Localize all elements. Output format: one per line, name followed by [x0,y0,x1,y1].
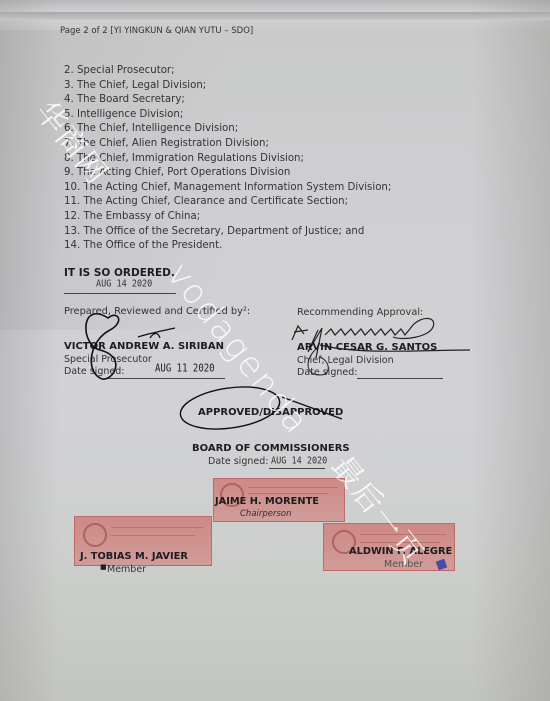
recommending-name: ARVIN CESAR G. SANTOS [297,342,437,353]
page-top-edge [0,12,550,20]
order-date-stamp: AUG 14 2020 [96,278,152,290]
board-title: BOARD OF COMMISSIONERS [192,443,350,454]
prepared-by-name: VICTOR ANDREW A. SIRIBAN [64,341,224,352]
list-item: 11. The Acting Chief, Clearance and Cert… [64,195,391,210]
seal-icon [83,523,107,547]
list-item: 10. The Acting Chief, Management Informa… [64,181,391,196]
board-date-value: AUG 14 2020 [271,455,327,467]
list-item: 13. The Office of the Secretary, Departm… [64,225,391,240]
stamp-pattern [111,535,195,536]
list-item: 12. The Embassy of China; [64,210,391,225]
board-date-line [269,468,325,469]
list-item: 14. The Office of the President. [64,239,391,254]
list-item: 4. The Board Secretary; [64,93,391,108]
ink-mark-icon: ■ [100,563,107,571]
recommending-date-line [357,378,443,379]
list-item: 5. Intelligence Division; [64,108,391,123]
order-statement: IT IS SO ORDERED. [64,267,175,279]
board-date-label: Date signed: [208,456,268,467]
recommending-title: Chief, Legal Division [297,355,394,366]
list-item: 6. The Chief, Intelligence Division; [64,122,391,137]
order-date-line [64,293,176,294]
list-item: 3. The Chief, Legal Division; [64,79,391,94]
chairperson-role: Chairperson [240,509,292,519]
prepared-by-title: Special Prosecutor [64,354,152,365]
member-role: Member [107,564,146,575]
prepared-date-label: Date signed: [64,366,124,377]
recommending-date-label: Date signed: [297,367,357,378]
member-name: J. TOBIAS M. JAVIER [80,551,188,562]
page-header: Page 2 of 2 [YI YINGKUN & QIAN YUTU – SD… [60,26,253,36]
prepared-date-value: AUG 11 2020 [155,363,215,375]
list-item: 2. Special Prosecutor; [64,64,391,79]
prepared-date-line [105,378,225,379]
stamp-pattern [248,493,328,494]
chairperson-name: JAIME H. MORENTE [215,496,319,507]
recommending-label: Recommending Approval: [297,307,423,318]
list-item: 7. The Chief, Alien Registration Divisio… [64,137,391,152]
stamp-pattern [111,527,203,528]
stamp-pattern [248,487,338,488]
